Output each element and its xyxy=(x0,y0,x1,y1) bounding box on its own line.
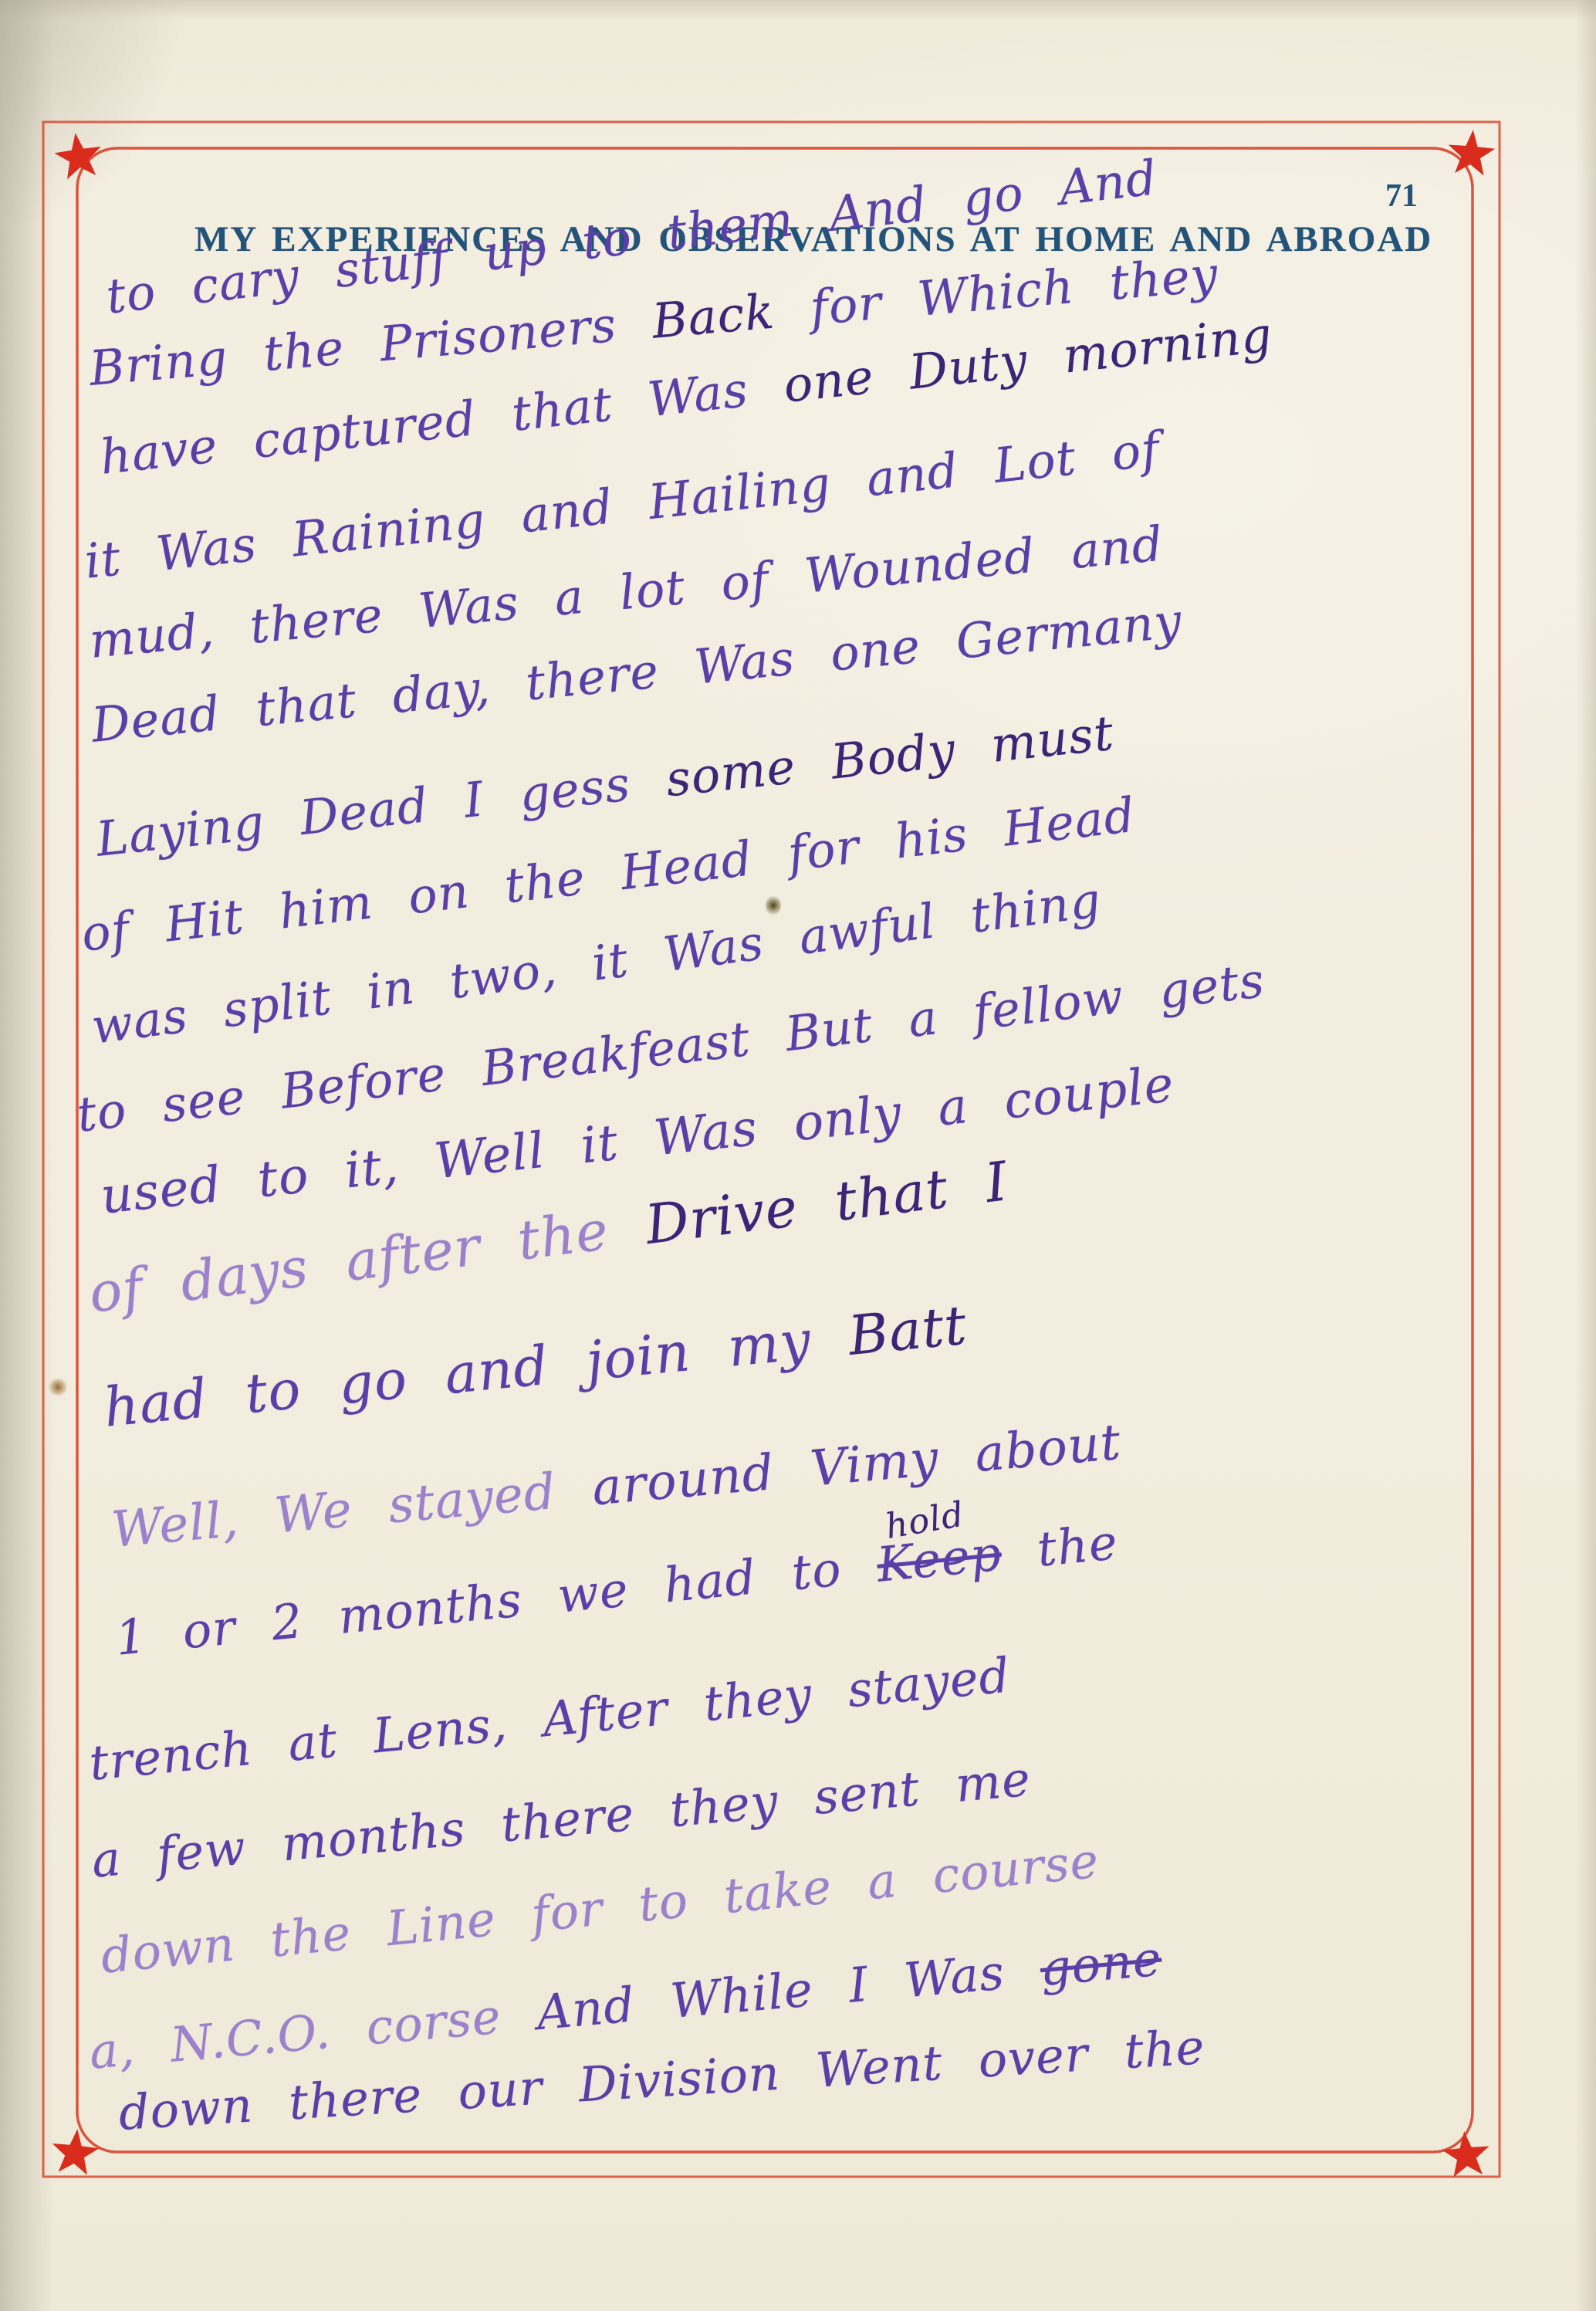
handwritten-text: some Body must xyxy=(663,705,1117,808)
handwritten-text: And While I Was xyxy=(534,1940,1043,2041)
handwritten-text: Back xyxy=(650,283,776,350)
handwritten-text: Drive that I xyxy=(642,1149,1012,1257)
handwritten-text: 1 or 2 months we had to xyxy=(113,1537,880,1666)
handwritten-text: around Vimy about xyxy=(590,1414,1123,1518)
manuscript: to cary stuff up to them And go AndBring… xyxy=(0,0,1596,2311)
manuscript-line: had to go and join my Batt xyxy=(101,1298,969,1437)
handwritten-text: Batt xyxy=(846,1294,970,1368)
handwritten-text: had to go and join my xyxy=(101,1304,852,1440)
handwritten-text: Well, We stayed xyxy=(110,1460,595,1559)
struck-word: Keephold xyxy=(874,1525,1004,1593)
ink-blot xyxy=(766,895,781,915)
diary-page: MY EXPERIENCES AND OBSERVATIONS AT HOME … xyxy=(0,0,1596,2311)
paper-stain xyxy=(48,1379,68,1396)
handwritten-text: the xyxy=(999,1514,1121,1581)
struck-word: gone xyxy=(1038,1930,1164,1997)
inserted-word: hold xyxy=(883,1497,967,1545)
